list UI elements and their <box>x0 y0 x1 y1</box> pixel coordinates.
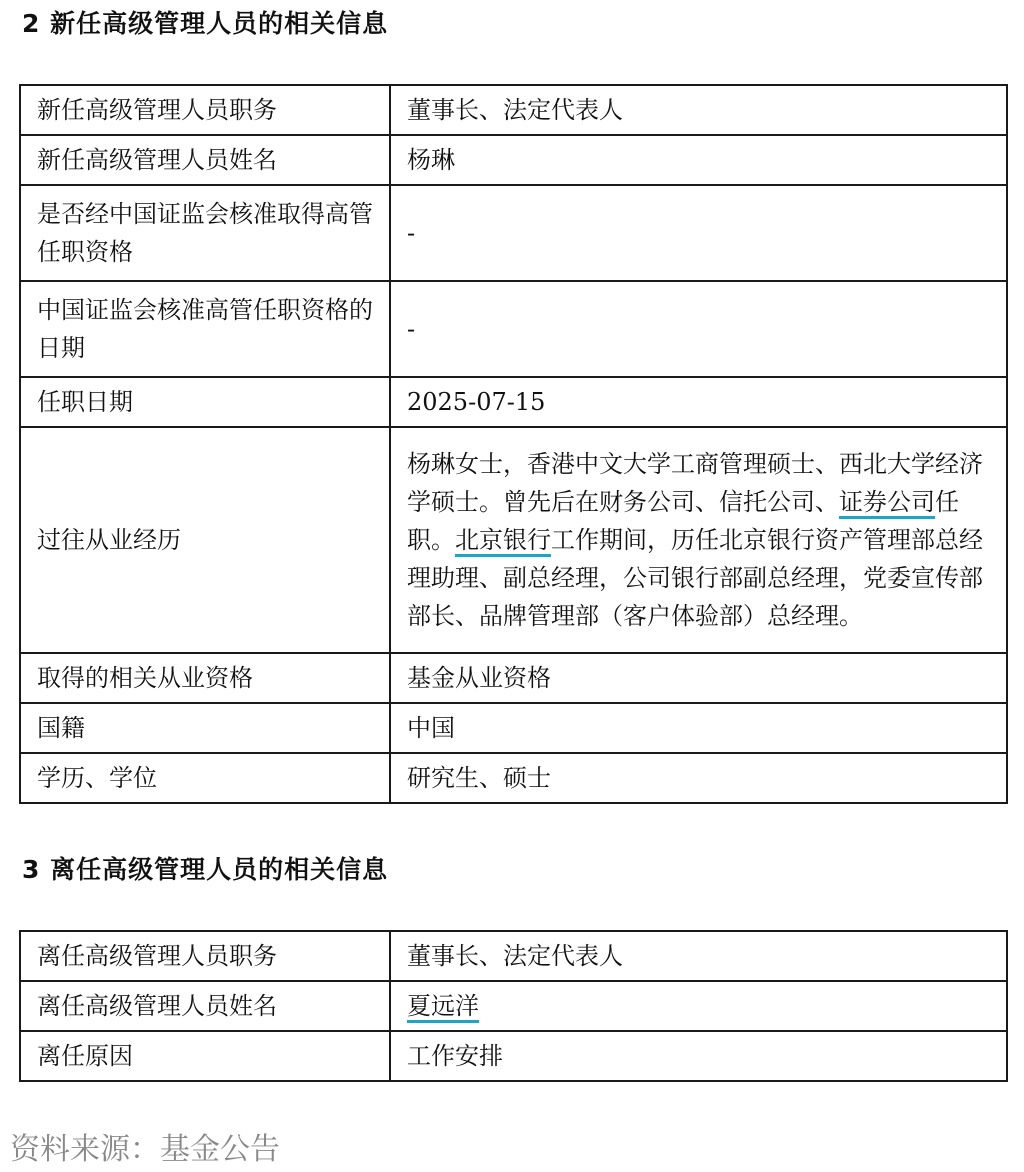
table-row: 离任高级管理人员姓名 夏远洋 <box>20 981 1007 1031</box>
row-value: 研究生、硕士 <box>390 753 1007 803</box>
departing-executive-table: 离任高级管理人员职务 董事长、法定代表人 离任高级管理人员姓名 夏远洋 离任原因… <box>19 930 1008 1082</box>
row-label: 离任高级管理人员姓名 <box>20 981 390 1031</box>
row-label: 新任高级管理人员姓名 <box>20 135 390 185</box>
source-caption: 资料来源：基金公告 <box>10 1124 280 1168</box>
row-value-career: 杨琳女士，香港中文大学工商管理硕士、西北大学经济学硕士。曾先后在财务公司、信托公… <box>390 427 1007 653</box>
table-row: 新任高级管理人员姓名 杨琳 <box>20 135 1007 185</box>
section-3-title: 3 离任高级管理人员的相关信息 <box>22 850 388 886</box>
table-row: 国籍 中国 <box>20 703 1007 753</box>
table-row: 新任高级管理人员职务 董事长、法定代表人 <box>20 85 1007 135</box>
row-label: 离任原因 <box>20 1031 390 1081</box>
row-label: 新任高级管理人员职务 <box>20 85 390 135</box>
row-label: 过往从业经历 <box>20 427 390 653</box>
row-label: 取得的相关从业资格 <box>20 653 390 703</box>
link-departing-name[interactable]: 夏远洋 <box>407 992 479 1023</box>
row-value: 基金从业资格 <box>390 653 1007 703</box>
row-value: - <box>390 281 1007 377</box>
table-row: 取得的相关从业资格 基金从业资格 <box>20 653 1007 703</box>
table-row: 学历、学位 研究生、硕士 <box>20 753 1007 803</box>
link-securities-company[interactable]: 证券公司 <box>839 488 935 519</box>
row-label: 中国证监会核准高管任职资格的日期 <box>20 281 390 377</box>
row-value: 中国 <box>390 703 1007 753</box>
new-executive-table: 新任高级管理人员职务 董事长、法定代表人 新任高级管理人员姓名 杨琳 是否经中国… <box>19 84 1008 804</box>
row-label: 是否经中国证监会核准取得高管任职资格 <box>20 185 390 281</box>
row-value: 2025-07-15 <box>390 377 1007 427</box>
row-label: 学历、学位 <box>20 753 390 803</box>
table-row: 离任原因 工作安排 <box>20 1031 1007 1081</box>
row-value: 杨琳 <box>390 135 1007 185</box>
row-label: 离任高级管理人员职务 <box>20 931 390 981</box>
table-row: 离任高级管理人员职务 董事长、法定代表人 <box>20 931 1007 981</box>
section-2-title: 2 新任高级管理人员的相关信息 <box>22 4 388 40</box>
table-row: 是否经中国证监会核准取得高管任职资格 - <box>20 185 1007 281</box>
row-value: - <box>390 185 1007 281</box>
table-row: 过往从业经历 杨琳女士，香港中文大学工商管理硕士、西北大学经济学硕士。曾先后在财… <box>20 427 1007 653</box>
row-value: 董事长、法定代表人 <box>390 931 1007 981</box>
row-value: 夏远洋 <box>390 981 1007 1031</box>
row-label: 任职日期 <box>20 377 390 427</box>
table-row: 中国证监会核准高管任职资格的日期 - <box>20 281 1007 377</box>
table-row: 任职日期 2025-07-15 <box>20 377 1007 427</box>
link-bank-of-beijing[interactable]: 北京银行 <box>455 526 551 557</box>
row-value: 工作安排 <box>390 1031 1007 1081</box>
row-label: 国籍 <box>20 703 390 753</box>
row-value: 董事长、法定代表人 <box>390 85 1007 135</box>
